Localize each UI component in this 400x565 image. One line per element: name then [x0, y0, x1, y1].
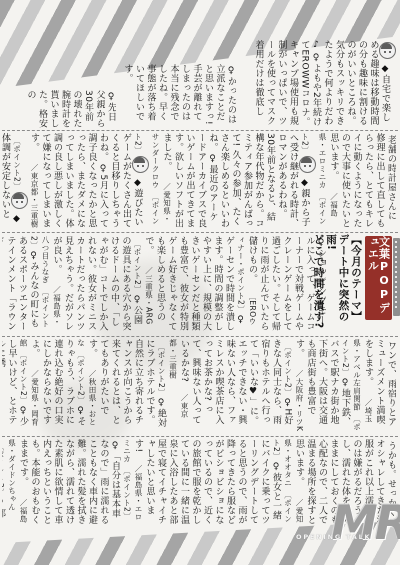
letter-points: 〔ポイント2〕 — [284, 343, 293, 396]
theme-line2: どこで時間を潰す? — [312, 234, 325, 336]
row-divider — [2, 232, 398, 233]
editor-reply-text: ◆親から子へ受け継がれる時計、ロマンがあるわね。30年前となると、結構な年代物だ… — [208, 133, 310, 228]
opening-talk-label: OPENING TALK — [296, 533, 371, 541]
letters-row-c: ♀ショッピングモールに入って、ゲームコーナーで対戦ゲームやクレーンゲームをして過… — [2, 236, 326, 333]
editor-avatar-icon — [299, 156, 316, 173]
editor-avatar-icon — [11, 192, 28, 209]
section-title: 文葉POPデュエル — [368, 236, 390, 320]
reader-letter-text: ♀ゲーセンで時間を潰します。時間の調整がしやすい上に、規模の大きいゲーセンだと種… — [144, 236, 246, 331]
reader-letter-text: ♀みんなの町にもあるスポーツエンターテインメント「ラウンド — [2, 236, 39, 331]
reader-letter-text: ♀公園の遊具にある穴から突けるドームの中、「しゃがむ」コトでしか入れない。彼女が… — [52, 236, 143, 331]
letter-points: 〔ポイント2〕 — [13, 137, 22, 190]
theme-line1: デート中に突然の雨! — [325, 234, 350, 336]
side-banner-strip — [393, 238, 400, 316]
letter-attribution: ／三重県・ARG — [145, 267, 154, 325]
section-title-box: 文葉POPデュエル — [365, 236, 392, 320]
letter-points: 〔ポイント2〕 — [123, 467, 132, 520]
letters-row-d: ワンで、雨宿りとアミューズメント満喫をします。／埼玉県・アベル左肩関節〔ポイント… — [2, 339, 396, 433]
letter-points: 〔ポイント2〕 — [2, 443, 5, 496]
letters-row-a-right: ◆自宅で楽しめる趣味は移動時間の分も趣味に割けるのがいいところね。気分もスッキリ… — [238, 40, 396, 128]
letters-row-a-mid: ♀かったのは立派なことだと思いますっ! 手芸が離れてしまったのは本当に残念でした… — [118, 64, 236, 126]
reader-letter-text: ♀先日父親から30年前の壊れた腕時計を貰いました。格安の — [26, 90, 117, 128]
letter-attribution: ／大阪府・リツK — [295, 370, 304, 431]
theme-label: 【今月のテーマ】 — [350, 234, 363, 336]
row-divider — [2, 130, 398, 131]
reader-letter-text: ♀5月に入って調子良くなったかと思ったら、またダメになってしまいました。体調の良… — [29, 133, 108, 228]
reader-letter-text: ♀H好きな人同士なら、雨宿りもホテルへ行って「いいな♥」に。エッチできない・興味… — [179, 339, 293, 426]
letter-points: 〔ポイント2〕 — [19, 351, 28, 404]
reader-letter-text: ♀よもや2年続けてEROWWコロナ。キャンプ場使用も規制がいっぱいで、ツールを使… — [254, 40, 322, 127]
editor-avatar-icon — [132, 156, 149, 173]
reader-letter-text: ♀かったのは立派なことだと思いますっ! 手芸が離れてしまったのは本当に残念でした… — [123, 64, 237, 125]
letters-row-a-left: ♀先日父親から30年前の壊れた腕時計を貰いました。格安の — [2, 90, 116, 128]
letter-points: 〔ポイント2〕 — [77, 351, 86, 404]
magazine-letters-page: ◆自宅で楽しめる趣味は移動時間の分も趣味に割けるのがいいところね。気分もスッキリ… — [0, 0, 400, 565]
letters-row-b: 老舗の時計屋さんに修理に出して直してもらったら、とてもキレイに動くようになったの… — [2, 133, 396, 229]
editor-reply-text: ◆自宅で楽しめる趣味は移動時間の分も趣味に割けるのがいいところね。気分もスッキリ… — [311, 40, 390, 126]
letter-attribution: ／東京都・三重樹 — [30, 164, 39, 228]
editor-avatar-icon — [379, 42, 396, 59]
section-title-block: 文葉POPデュエル 【今月のテーマ】 デート中に突然の雨! どこで時間を潰す? — [328, 234, 400, 336]
row-divider — [2, 336, 398, 337]
letter-points: 〔ポイント2〕 — [157, 343, 166, 396]
reader-letter-text: ♀彼女と一緒にバイクに乗ってツーリングデートしてると思うので、雨が降ってきたら服… — [133, 439, 281, 525]
letter-points: 〔ポイント2〕 — [133, 240, 142, 293]
monthly-theme: 【今月のテーマ】 デート中に突然の雨! どこで時間を潰す? — [312, 234, 362, 336]
reader-letter-text: ♀絶対にラブホテルです。自然に立ち寄れるチャンスが向こうから来てくれるとは、とて… — [87, 339, 166, 428]
row-divider — [2, 436, 398, 437]
reader-letter-text: ♀「自分は基本車なので」雨に濡れることもなく車内に避難。濡れた髪を拭きながら、濡… — [18, 439, 120, 525]
